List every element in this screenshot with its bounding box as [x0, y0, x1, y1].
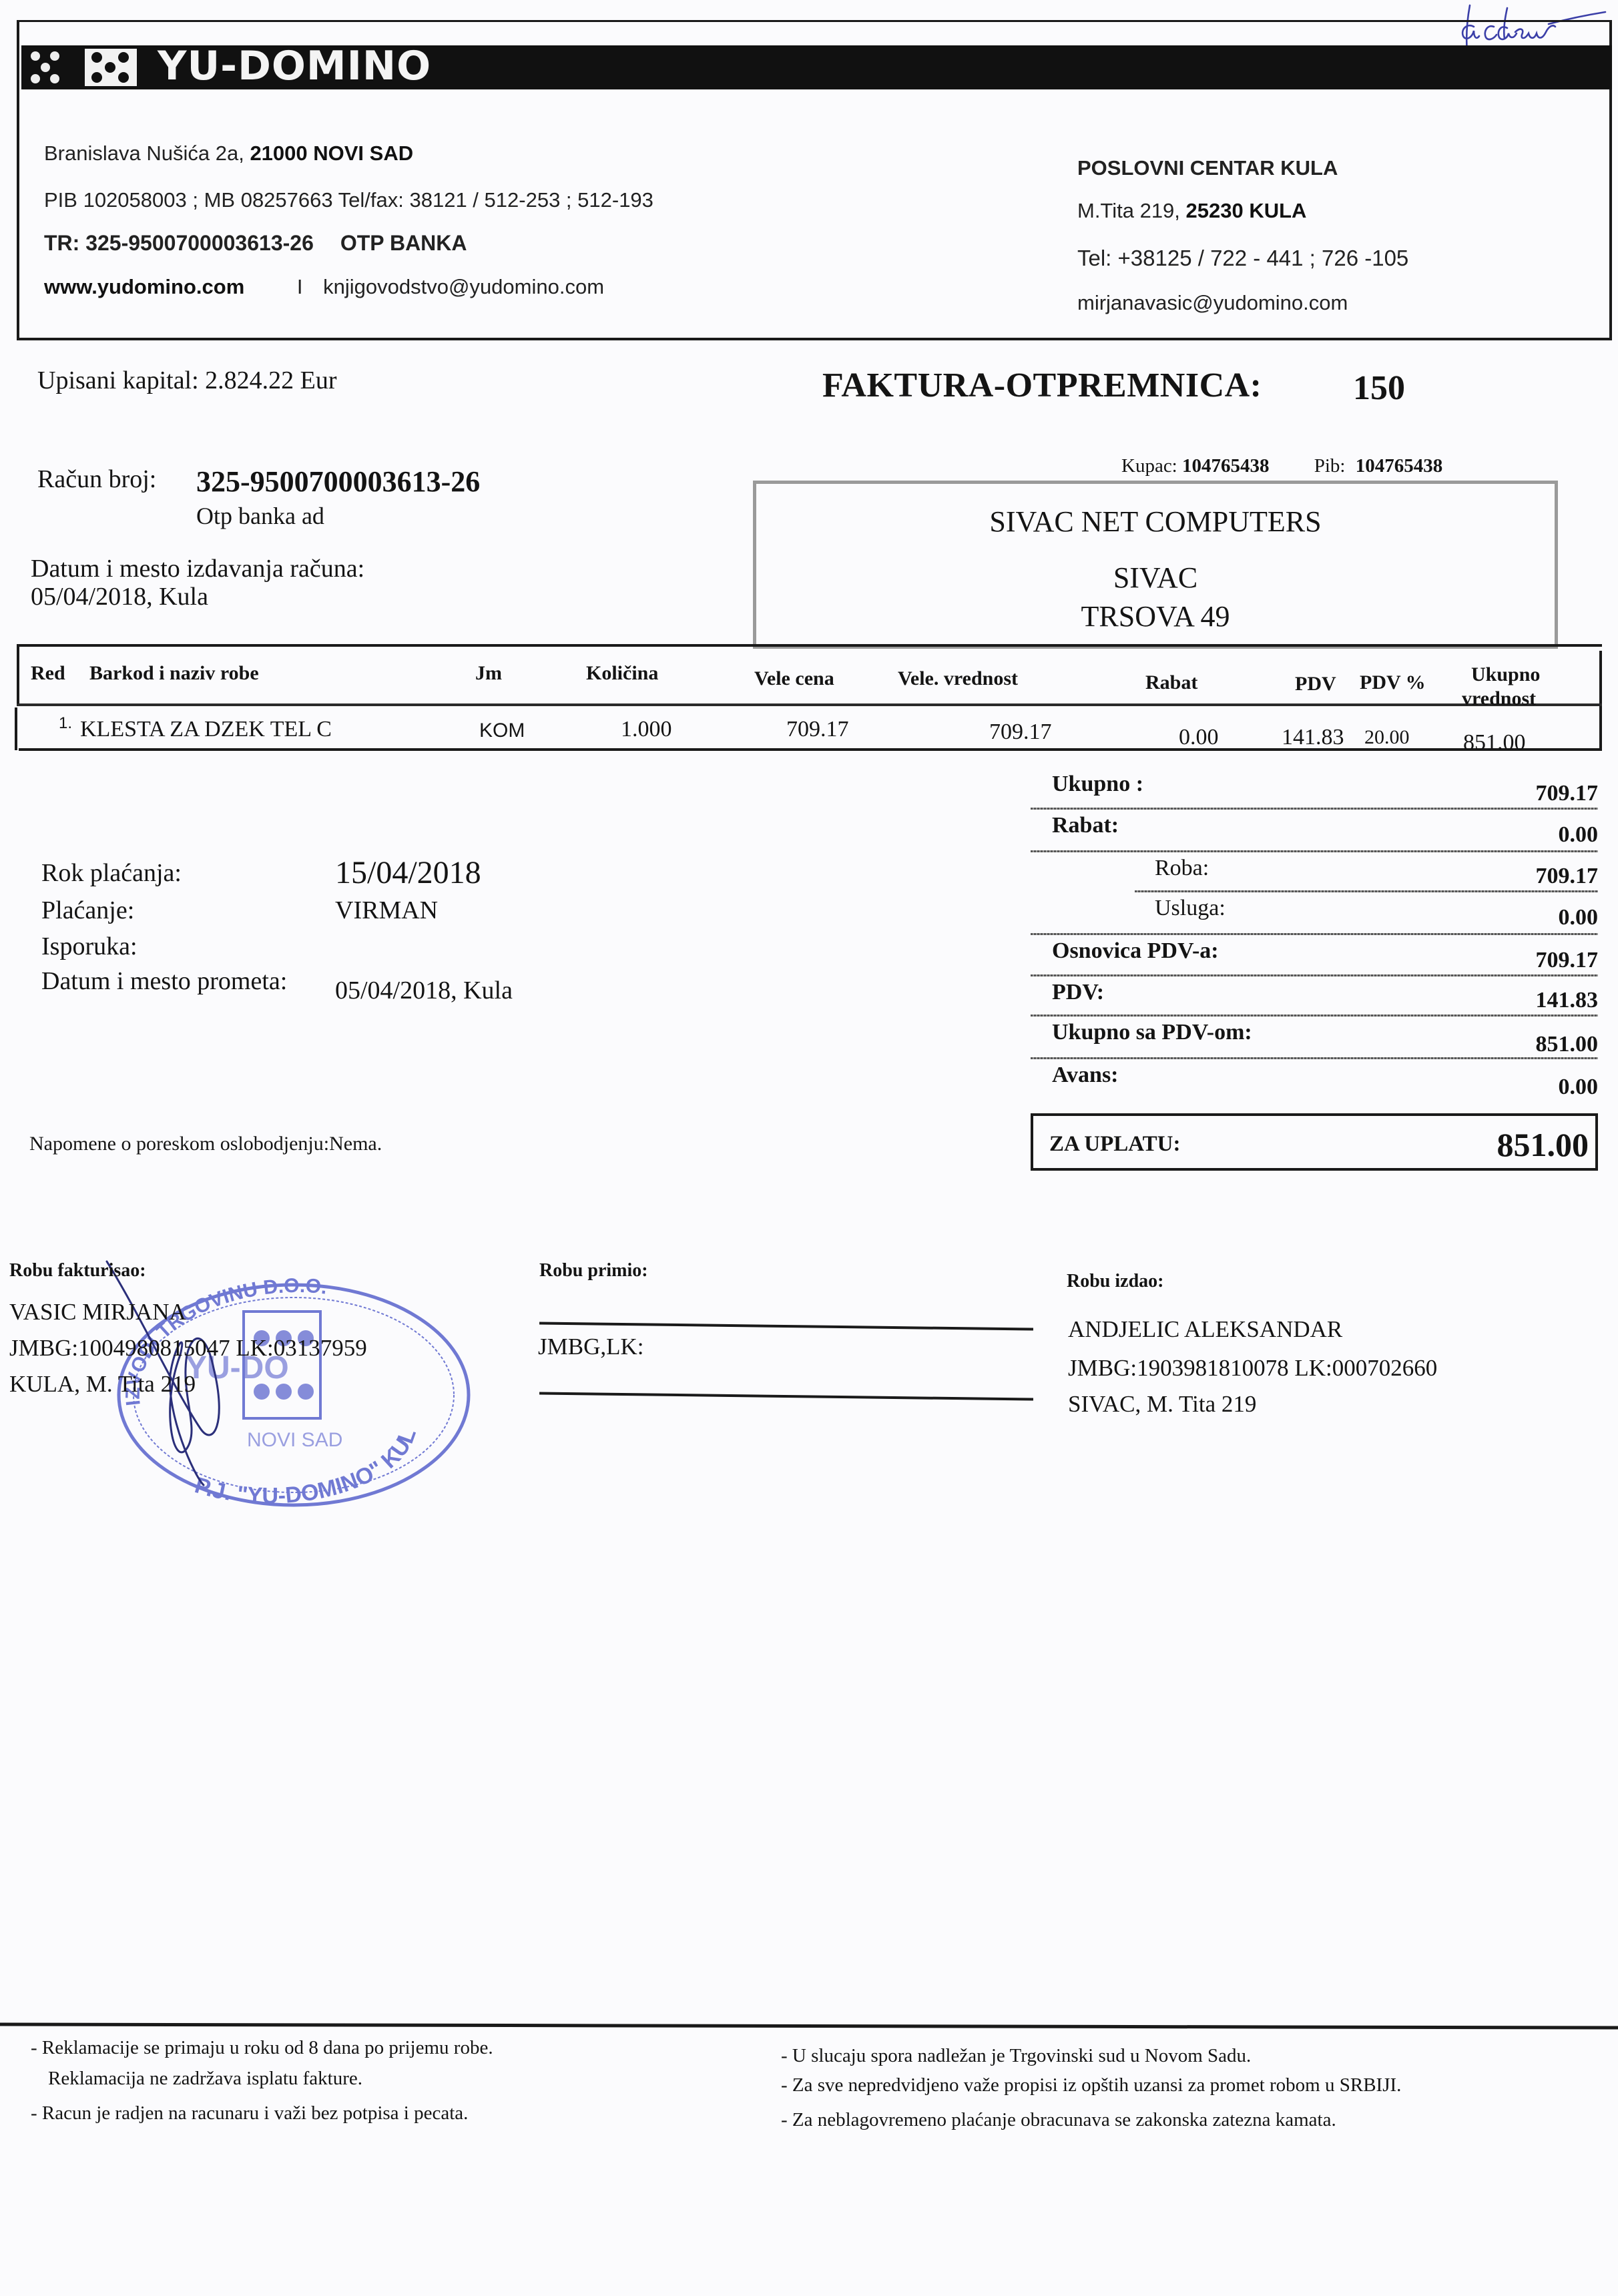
received-signature-line [539, 1322, 1033, 1330]
rabat-value: 0.00 [1559, 822, 1599, 848]
buyer-name: SIVAC NET COMPUTERS [753, 505, 1558, 539]
table-border-left [17, 644, 19, 705]
totals-divider [1031, 1015, 1598, 1017]
issued-ids: JMBG:1903981810078 LK:000702660 [1068, 1355, 1437, 1382]
row-pdv-pct: 20.00 [1364, 726, 1410, 749]
due-date-value: 15/04/2018 [335, 854, 481, 891]
address-city: 21000 NOVI SAD [250, 141, 413, 165]
service-value: 0.00 [1559, 905, 1599, 930]
col-total-line1: Ukupno [1471, 663, 1540, 686]
vat-label: PDV: [1052, 980, 1104, 1005]
delivery-label: Isporuka: [41, 932, 138, 961]
document-number: 150 [1353, 368, 1405, 408]
vat-value: 141.83 [1536, 988, 1599, 1013]
due-date-label: Rok plaćanja: [41, 858, 182, 888]
table-header-divider [17, 703, 1602, 706]
vat-base-label: Osnovica PDV-a: [1052, 938, 1219, 964]
payment-method-value: VIRMAN [335, 896, 438, 925]
total-label: Ukupno : [1052, 772, 1143, 797]
buyer-code-label: Kupac: [1121, 455, 1177, 477]
issued-address: SIVAC, M. Tita 219 [1068, 1391, 1256, 1418]
col-value: Vele. vrednost [898, 667, 1018, 690]
branch-address: M.Tita 219, 25230 KULA [1077, 199, 1306, 223]
col-total-line2: vrednost [1462, 687, 1536, 710]
buyer-pib-value: 104765438 [1356, 455, 1443, 477]
issued-title: Robu izdao: [1067, 1271, 1163, 1292]
account-line: TR: 325-9500700003613-26 [44, 231, 314, 255]
account-label: Račun broj: [37, 465, 156, 494]
col-qty: Količina [586, 662, 658, 685]
total-value: 709.17 [1536, 781, 1599, 806]
totals-divider [1031, 974, 1598, 976]
footer-divider [0, 2022, 1618, 2029]
totals-divider [1031, 933, 1598, 935]
row-total: 851.00 [1463, 730, 1526, 756]
goods-value: 709.17 [1536, 864, 1599, 889]
amount-due-value: 851.00 [1497, 1125, 1589, 1164]
footer-note: - Reklamacije se primaju u roku od 8 dan… [31, 2037, 493, 2059]
company-website-link[interactable]: www.yudomino.com [44, 275, 244, 298]
table-border-top [17, 644, 1602, 647]
service-label: Usluga: [1155, 896, 1226, 921]
buyer-code-value: 104765438 [1182, 455, 1270, 477]
footer-note: - Za neblagovremeno plaćanje obracunava … [781, 2109, 1336, 2131]
branch-street: M.Tita 219, [1077, 199, 1186, 222]
branch-email-link[interactable]: mirjanavasic@yudomino.com [1077, 291, 1348, 315]
col-jm: Jm [475, 662, 502, 685]
buyer-ids: Kupac: 104765438 Pib: 104765438 [1121, 455, 1442, 477]
row-pdv: 141.83 [1282, 725, 1344, 750]
col-pdv: PDV [1295, 673, 1336, 695]
buyer-pib-label: Pib: [1314, 455, 1346, 477]
received-title: Robu primio: [539, 1260, 648, 1281]
col-rabat: Rabat [1145, 671, 1197, 694]
col-price: Vele cena [754, 667, 834, 690]
domino-dots-icon [29, 49, 65, 85]
col-pdv-pct: PDV % [1360, 671, 1426, 694]
invoiced-name: VASIC MIRJANA [9, 1299, 186, 1326]
invoiced-ids: JMBG:1004980815047 LK:03137959 [9, 1335, 367, 1362]
invoiced-address: KULA, M. Tita 219 [9, 1371, 196, 1398]
brand-name: YU-DOMINO [158, 43, 431, 89]
registered-capital: Upisani kapital: 2.824.22 Eur [37, 366, 337, 395]
company-web-email: www.yudomino.com I knjigovodstvo@yudomin… [44, 275, 604, 299]
row-unit: KOM [479, 720, 525, 742]
company-account: TR: 325-9500700003613-26OTP BANKA [44, 231, 467, 256]
advance-value: 0.00 [1559, 1075, 1599, 1100]
row-item-name: KLESTA ZA DZEK TEL C [80, 717, 332, 742]
issue-date-value: 05/04/2018, Kula [31, 582, 208, 611]
totals-divider [1031, 1057, 1598, 1059]
row-unit-price: 709.17 [786, 717, 849, 742]
tax-exemption-note: Napomene o poreskom oslobodjenju:Nema. [29, 1133, 382, 1155]
total-with-vat-label: Ukupno sa PDV-om: [1052, 1020, 1252, 1045]
turnover-date-value: 05/04/2018, Kula [335, 976, 513, 1005]
issued-name: ANDJELIC ALEKSANDAR [1068, 1316, 1342, 1343]
received-ids-line [539, 1392, 1033, 1400]
row-quantity: 1.000 [621, 717, 672, 742]
document-title: FAKTURA-OTPREMNICA: [822, 366, 1262, 405]
row-rabat: 0.00 [1179, 725, 1219, 750]
goods-label: Roba: [1155, 856, 1209, 881]
company-address: Branislava Nušića 2a, 21000 NOVI SAD [44, 141, 413, 166]
bank-line: OTP BANKA [340, 231, 467, 255]
totals-divider [1031, 808, 1598, 810]
received-ids-label: JMBG,LK: [538, 1334, 644, 1360]
turnover-date-label: Datum i mesto prometa: [41, 966, 287, 996]
col-red: Red [31, 662, 65, 685]
address-street: Branislava Nušića 2a, [44, 141, 250, 165]
branch-city: 25230 KULA [1186, 199, 1307, 222]
bank-name: Otp banka ad [196, 502, 324, 530]
invoiced-title: Robu fakturisao: [9, 1260, 146, 1281]
company-ids-phone: PIB 102058003 ; MB 08257663 Tel/fax: 381… [44, 188, 653, 212]
branch-name: POSLOVNI CENTAR KULA [1077, 156, 1338, 180]
totals-divider [1135, 890, 1598, 892]
advance-label: Avans: [1052, 1063, 1119, 1088]
account-number: 325-9500700003613-26 [196, 465, 480, 499]
buyer-street: TRSOVA 49 [753, 599, 1558, 633]
issue-date-label: Datum i mesto izdavanja računa: [31, 554, 364, 583]
table-border-right [1599, 651, 1602, 750]
rabat-label: Rabat: [1052, 813, 1119, 838]
payment-method-label: Plaćanje: [41, 896, 134, 925]
table-row-border-left [15, 707, 17, 750]
amount-due-label: ZA UPLATU: [1049, 1132, 1181, 1157]
buyer-city: SIVAC [753, 561, 1558, 595]
branch-phone: Tel: +38125 / 722 - 441 ; 726 -105 [1077, 246, 1408, 271]
row-index: 1. [59, 714, 72, 733]
footer-note: Reklamacija ne zadržava isplatu fakture. [48, 2068, 362, 2090]
domino-tile-icon [83, 47, 139, 88]
vat-base-value: 709.17 [1536, 948, 1599, 973]
footer-note: - Racun je radjen na racunaru i važi bez… [31, 2102, 468, 2124]
footer-note: - Za sve nepredvidjeno važe propisi iz o… [781, 2074, 1401, 2096]
col-name: Barkod i naziv robe [89, 662, 259, 685]
totals-divider [1031, 850, 1598, 852]
separator: I [297, 275, 303, 298]
total-with-vat-value: 851.00 [1536, 1032, 1599, 1057]
row-value: 709.17 [989, 720, 1052, 745]
company-email-link[interactable]: knjigovodstvo@yudomino.com [323, 275, 604, 298]
footer-note: - U slucaju spora nadležan je Trgovinski… [781, 2045, 1251, 2067]
